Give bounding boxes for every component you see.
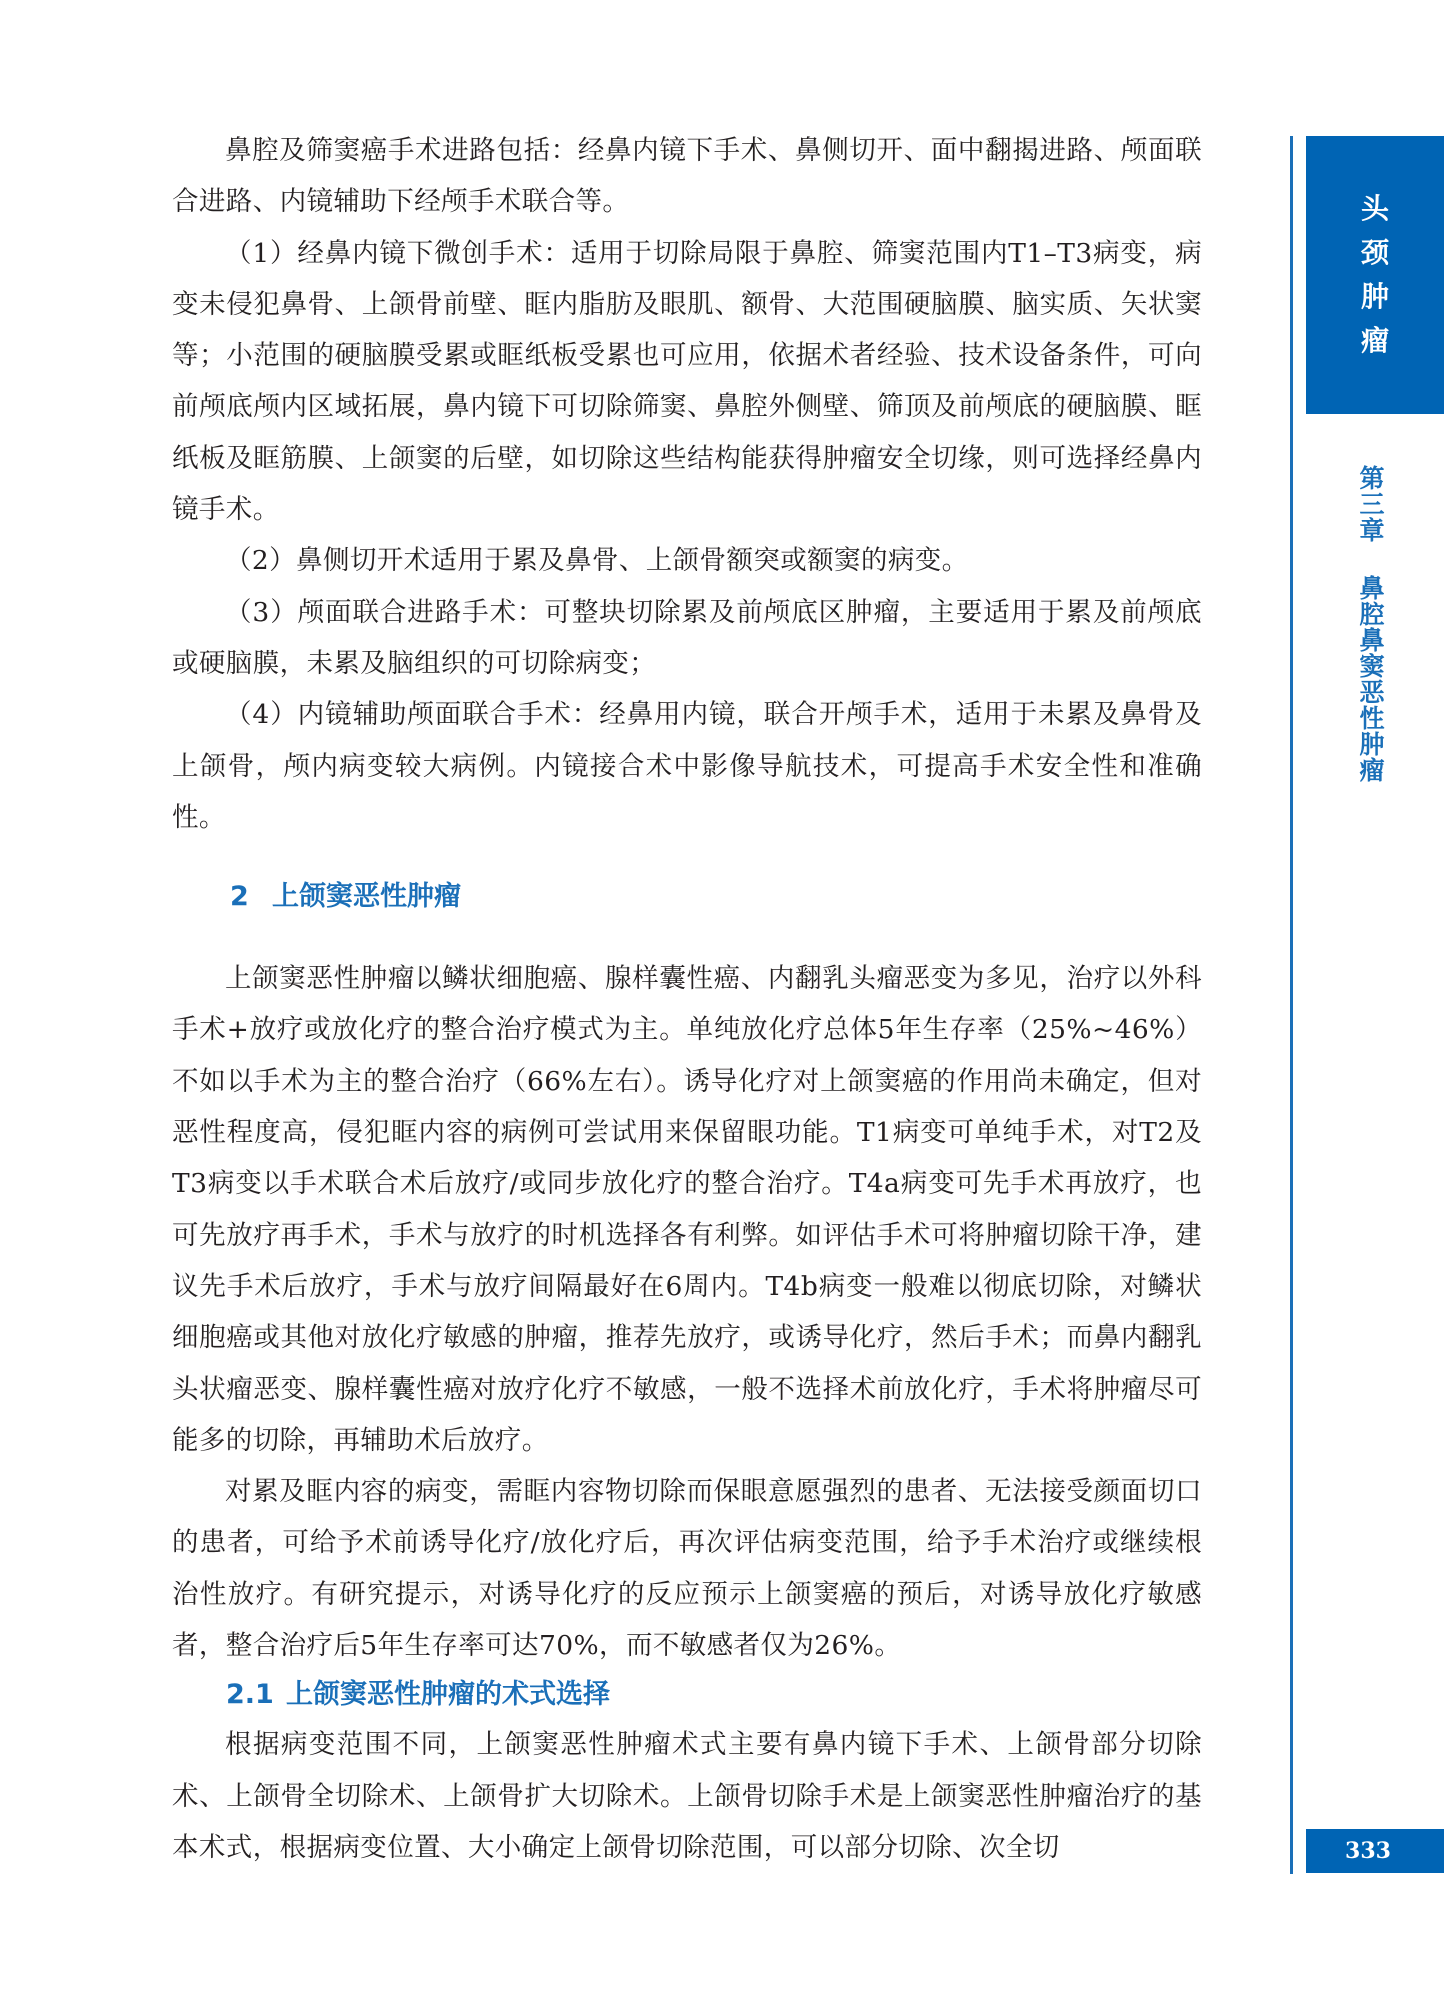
section-title: 上颌窦恶性肿瘤 — [272, 881, 461, 912]
chapter-title-char: 恶 — [1359, 680, 1384, 706]
section-tab-char: 颈 — [1361, 231, 1389, 275]
section-tab-char: 头 — [1361, 187, 1389, 231]
chapter-title-char: 肿 — [1359, 732, 1384, 758]
chapter-title-char: 窦 — [1359, 654, 1384, 680]
section-heading-2: 2上颌窦恶性肿瘤 — [172, 877, 1202, 917]
paragraph-orbital-involvement: 对累及眶内容的病变，需眶内容物切除而保眼意愿强烈的患者、无法接受颜面切口的患者，… — [172, 1466, 1202, 1671]
paragraph-surgical-approaches: 鼻腔及筛窦癌手术进路包括：经鼻内镜下手术、鼻侧切开、面中翻揭进路、颅面联合进路、… — [172, 125, 1202, 228]
paragraph-item-1-endoscopic: （1）经鼻内镜下微创手术：适用于切除局限于鼻腔、筛窦范围内T1–T3病变，病变未… — [172, 228, 1202, 536]
chapter-title-char: 鼻 — [1359, 628, 1384, 654]
main-text-column: 鼻腔及筛窦癌手术进路包括：经鼻内镜下手术、鼻侧切开、面中翻揭进路、颅面联合进路、… — [172, 125, 1202, 1873]
chapter-label-char: 章 — [1359, 518, 1384, 544]
paragraph-maxillary-treatment: 上颌窦恶性肿瘤以鳞状细胞癌、腺样囊性癌、内翻乳头瘤恶变为多见，治疗以外科手术+放… — [172, 953, 1202, 1466]
chapter-label-char: 第 — [1359, 466, 1384, 492]
section-heading-2-1: 2.1上颌窦恶性肿瘤的术式选择 — [172, 1671, 1202, 1719]
section-tab-head-neck-tumor: 头 颈 肿 瘤 — [1306, 136, 1444, 414]
paragraph-item-2-lateral-rhinotomy: （2）鼻侧切开术适用于累及鼻骨、上颌骨额突或额窦的病变。 — [172, 535, 1202, 586]
subsection-number: 2.1 — [226, 1671, 286, 1719]
chapter-title-char: 腔 — [1359, 602, 1384, 628]
sidebar-divider-line — [1290, 136, 1293, 1874]
subsection-title: 上颌窦恶性肿瘤的术式选择 — [286, 1679, 610, 1710]
section-number: 2 — [230, 877, 272, 917]
page-number: 333 — [1306, 1829, 1444, 1873]
chapter-running-title: 第 三 章 鼻 腔 鼻 窦 恶 性 肿 瘤 — [1352, 466, 1392, 784]
paragraph-surgical-options: 根据病变范围不同，上颌窦恶性肿瘤术式主要有鼻内镜下手术、上颌骨部分切除术、上颌骨… — [172, 1719, 1202, 1873]
paragraph-item-3-craniofacial: （3）颅面联合进路手术：可整块切除累及前颅底区肿瘤，主要适用于累及前颅底或硬脑膜… — [172, 587, 1202, 690]
section-tab-char: 肿 — [1361, 275, 1389, 319]
chapter-title-char: 鼻 — [1359, 576, 1384, 602]
chapter-title-char: 瘤 — [1359, 758, 1384, 784]
chapter-title-char: 性 — [1359, 706, 1384, 732]
section-tab-char: 瘤 — [1361, 319, 1389, 363]
chapter-label-char: 三 — [1359, 492, 1384, 518]
paragraph-item-4-endoscope-assisted: （4）内镜辅助颅面联合手术：经鼻用内镜，联合开颅手术，适用于未累及鼻骨及上颌骨，… — [172, 689, 1202, 843]
